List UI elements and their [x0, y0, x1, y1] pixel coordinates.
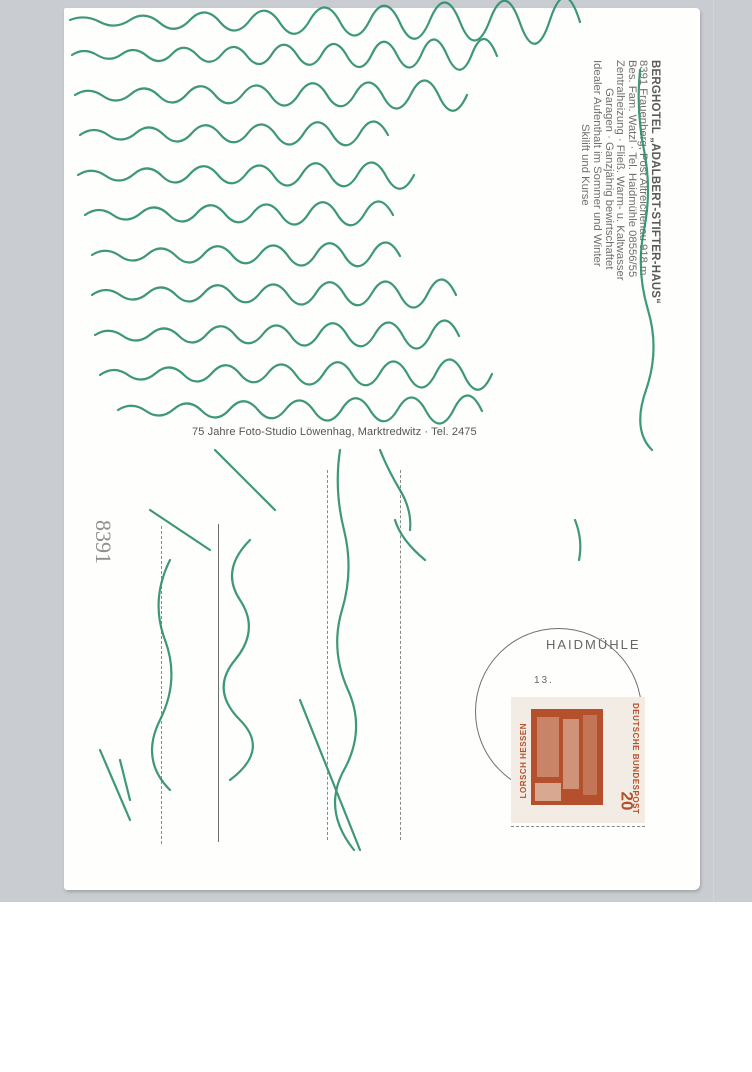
- address-line-4: [161, 526, 162, 844]
- photo-credit: 75 Jahre Foto-Studio Löwenhag, Marktredw…: [192, 426, 477, 438]
- stamp-subject: LORSCH HESSEN: [519, 723, 528, 798]
- address-line-1: [400, 470, 401, 840]
- stamp-perforation: [511, 826, 645, 827]
- pencil-note: 8391: [90, 520, 116, 564]
- address-line-3: [218, 524, 219, 842]
- hotel-line-stay: Idealer Aufenthalt im Sommer und Winter: [590, 60, 602, 400]
- hotel-line-garages: Garagen · Ganzjährig bewirtschaftet: [602, 60, 614, 400]
- hotel-line-owner: Bes. Fam. Watzl · Tel. Haidmühle 08556/5…: [625, 60, 637, 400]
- postmark-place: HAIDMÜHLE: [546, 637, 641, 652]
- hotel-title: BERGHOTEL „ADALBERT-STIFTER-HAUS“: [648, 60, 660, 400]
- stamp-building-icon: [531, 709, 603, 805]
- postage-stamp: DEUTSCHE BUNDESPOST LORSCH HESSEN 20: [511, 697, 645, 823]
- hotel-imprint: BERGHOTEL „ADALBERT-STIFTER-HAUS“ 8391 F…: [540, 60, 660, 400]
- hotel-line-address: 8391 Frauenberg, Post Altreichenau 918 m: [637, 60, 649, 400]
- hotel-line-amenities: Zentralheizung · Fließ. Warm- u. Kaltwas…: [614, 60, 626, 400]
- scanner-artifact-line: [713, 0, 714, 902]
- stamp-value: 20: [616, 792, 636, 811]
- hotel-line-ski: Skilift und Kurse: [579, 60, 591, 400]
- postmark-date: 13.: [534, 675, 554, 686]
- address-line-2: [327, 470, 328, 840]
